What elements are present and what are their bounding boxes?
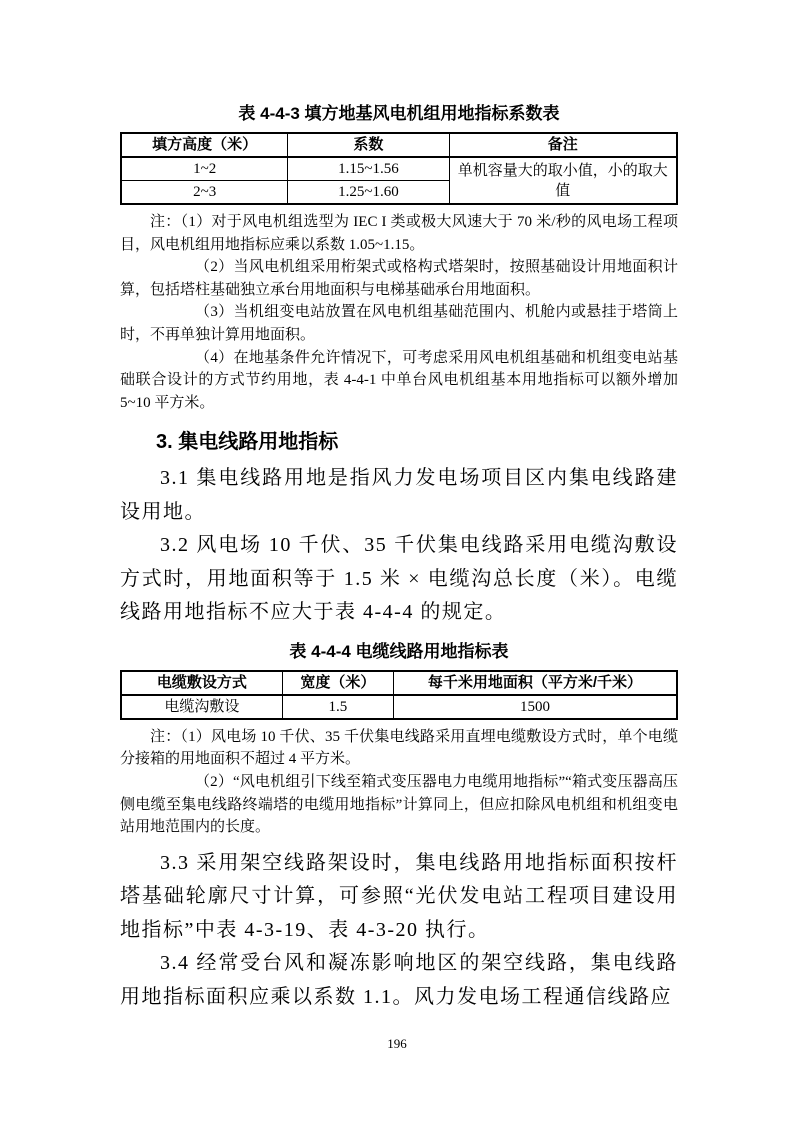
table-row: 电缆沟敷设 1.5 1500	[121, 695, 677, 719]
table-443-title: 表 4-4-3 填方地基风电机组用地指标系数表	[120, 103, 678, 125]
paragraph-3-4: 3.4 经常受台风和凝冻影响地区的架空线路，集电线路用地指标面积应乘以系数 1.…	[120, 947, 678, 1014]
note-item: （4）在地基条件允许情况下，可考虑采用风电机组基础和机组变电站基础联合设计的方式…	[120, 347, 678, 415]
note-item: （2）当风电机组采用桁架式或格构式塔架时，按照基础设计用地面积计算，包括塔柱基础…	[120, 256, 678, 301]
note-item: （2）“风电机组引下线至箱式变压器电力电缆用地指标”“箱式变压器高压侧电缆至集电…	[120, 771, 678, 839]
table-443-header-fill-height: 填方高度（米）	[121, 133, 288, 157]
table-cell: 1.25~1.60	[288, 181, 449, 205]
table-443-header-coefficient: 系数	[288, 133, 449, 157]
section-heading: 3. 集电线路用地指标	[120, 429, 678, 455]
table-444-notes: 注：（1）风电场 10 千伏、35 千伏集电线路采用直埋电缆敷设方式时，单个电缆…	[120, 726, 678, 839]
note-item: （3）当机组变电站放置在风电机组基础范围内、机舱内或悬挂于塔筒上时，不再单独计算…	[120, 301, 678, 346]
table-443: 填方高度（米） 系数 备注 1~2 1.15~1.56 单机容量大的取小值，小的…	[120, 132, 678, 205]
table-cell: 电缆沟敷设	[121, 695, 282, 719]
note-item: 注：（1）对于风电机组选型为 IEC I 类或极大风速大于 70 米/秒的风电场…	[120, 211, 678, 256]
page-number: 196	[0, 1036, 794, 1052]
table-443-header-row: 填方高度（米） 系数 备注	[121, 133, 677, 157]
note-item: 注：（1）风电场 10 千伏、35 千伏集电线路采用直埋电缆敷设方式时，单个电缆…	[120, 726, 678, 771]
table-cell: 1~2	[121, 157, 288, 181]
paragraph-3-1: 3.1 集电线路用地是指风力发电场项目区内集电线路建设用地。	[120, 462, 678, 529]
table-cell: 2~3	[121, 181, 288, 205]
table-444: 电缆敷设方式 宽度（米） 每千米用地面积（平方米/千米） 电缆沟敷设 1.5 1…	[120, 670, 678, 720]
table-cell: 1.15~1.56	[288, 157, 449, 181]
table-cell: 1500	[393, 695, 677, 719]
document-page: 表 4-4-3 填方地基风电机组用地指标系数表 填方高度（米） 系数 备注 1~…	[0, 0, 794, 1122]
table-444-header-width: 宽度（米）	[282, 671, 393, 695]
table-444-title: 表 4-4-4 电缆线路用地指标表	[120, 641, 678, 663]
table-443-notes: 注：（1）对于风电机组选型为 IEC I 类或极大风速大于 70 米/秒的风电场…	[120, 211, 678, 414]
table-444-header-row: 电缆敷设方式 宽度（米） 每千米用地面积（平方米/千米）	[121, 671, 677, 695]
table-444-header-laying-method: 电缆敷设方式	[121, 671, 282, 695]
paragraph-3-3: 3.3 采用架空线路架设时，集电线路用地指标面积按杆塔基础轮廓尺寸计算，可参照“…	[120, 847, 678, 948]
paragraph-3-2: 3.2 风电场 10 千伏、35 千伏集电线路采用电缆沟敷设方式时，用地面积等于…	[120, 529, 678, 630]
table-443-header-remark: 备注	[449, 133, 677, 157]
table-443-remark-cell: 单机容量大的取小值，小的取大值	[449, 157, 677, 204]
table-cell: 1.5	[282, 695, 393, 719]
table-row: 1~2 1.15~1.56 单机容量大的取小值，小的取大值	[121, 157, 677, 181]
table-444-header-area-per-km: 每千米用地面积（平方米/千米）	[393, 671, 677, 695]
